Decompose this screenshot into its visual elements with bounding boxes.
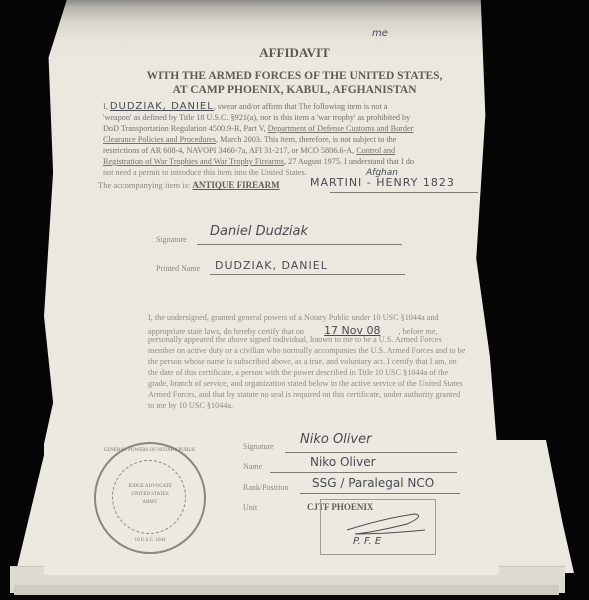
war-trophy-reference: Registration of War Trophies and War Tro… — [103, 157, 284, 166]
rank-position-label: Rank/Position — [243, 483, 288, 492]
notary-name-line — [270, 472, 457, 473]
affirmation-line-4: Clearance Policies and Procedures, March… — [103, 135, 396, 144]
notary-signature: Niko Oliver — [300, 432, 371, 447]
document-subtitle-2: AT CAMP PHOENIX, KABUL, AFGHANISTAN — [0, 84, 589, 96]
item-description-handwritten: MARTINI - HENRY 1823 — [310, 176, 455, 189]
notary-line-1: I, the undersigned, granted general powe… — [148, 313, 439, 322]
affirmation-line-7: not need a permit to introduce this item… — [103, 168, 307, 177]
notary-line-6: the date of this certificate, a person w… — [148, 368, 448, 377]
document-title: AFFIDAVIT — [0, 45, 589, 61]
notary-name-label: Name — [243, 462, 262, 471]
item-description-line — [330, 192, 478, 193]
affirmation-line-6: Registration of War Trophies and War Tro… — [103, 157, 414, 166]
accompanying-item: The accompanying item is: ANTIQUE FIREAR… — [98, 180, 280, 190]
stamp-initials: P. F. E — [353, 536, 381, 547]
printed-name-line — [210, 274, 405, 275]
seal-outer-text: GENERAL POWERS OF NOTARY PUBLIC — [96, 448, 204, 453]
clearance-policies-reference: Clearance Policies and Procedures — [103, 135, 216, 144]
affirmation-line-3: DoD Transportation Regulation 4500.9-R, … — [103, 124, 413, 133]
affirmation-line-1: I, DUDZIAK, DANIEL, swear and/or affirm … — [103, 101, 387, 112]
affirmation-line-2: 'weapon' as defined by Title 18 U.S.C. §… — [103, 113, 410, 122]
seal-inner-line-2: UNITED STATES — [96, 492, 204, 497]
printed-name-value: DUDZIAK, DANIEL — [215, 259, 328, 272]
affidavit-content: me AFFIDAVIT WITH THE ARMED FORCES OF TH… — [0, 0, 589, 600]
unit-label: Unit — [243, 503, 257, 512]
control-reference: Control and — [356, 146, 395, 155]
notary-line-5: the person whose name is subscribed abov… — [148, 357, 457, 366]
rank-position-line — [300, 493, 460, 494]
signature-label: Signature — [156, 235, 187, 244]
notary-line-7: grade, branch of service, and organizati… — [148, 379, 463, 388]
affirmation-line-5: restrictions of AR 608-4, NAVOPI 3460-7a… — [103, 146, 395, 155]
signature-line — [197, 244, 402, 245]
accompanying-item-label: The accompanying item is: — [98, 180, 190, 190]
affiant-name-handwritten: DUDZIAK, DANIEL — [110, 101, 214, 112]
seal-inner-line-3: ARMY — [96, 500, 204, 505]
rank-position-value: SSG / Paralegal NCO — [312, 476, 434, 490]
notary-signature-label: Signature — [243, 442, 274, 451]
margin-note: me — [372, 28, 388, 39]
notary-line-4: member on active duty or a civilian who … — [148, 346, 465, 355]
affiant-signature: Daniel Dudziak — [210, 224, 308, 239]
seal-inner-ring — [112, 460, 186, 534]
seal-inner-line-1: JUDGE ADVOCATE — [96, 484, 204, 489]
notary-line-9: to me by 10 USC §1044a. — [148, 401, 233, 410]
notary-seal: GENERAL POWERS OF NOTARY PUBLIC JUDGE AD… — [94, 442, 206, 554]
seal-bottom-text: 10 U.S.C. 1044 — [96, 538, 204, 543]
printed-name-label: Printed Name — [156, 264, 200, 273]
notary-signature-line — [285, 452, 457, 453]
dod-customs-reference: Department of Defense Customs and Border — [268, 124, 414, 133]
notary-name: Niko Oliver — [310, 455, 376, 469]
accompanying-item-value: ANTIQUE FIREARM — [192, 180, 279, 190]
notary-line-3: personally appeared the above signed ind… — [148, 335, 442, 344]
document-subtitle-1: WITH THE ARMED FORCES OF THE UNITED STAT… — [0, 70, 589, 82]
notary-line-8: Armed Forces, and that by statute no sea… — [148, 390, 460, 399]
